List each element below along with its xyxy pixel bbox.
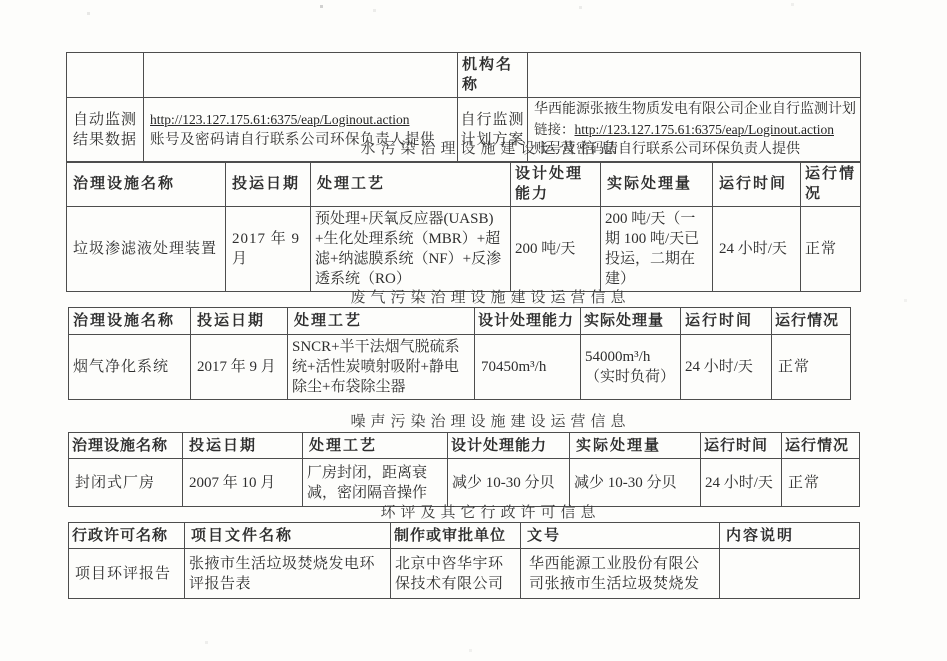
plan-link-prefix: 链接： bbox=[534, 122, 575, 137]
cell-operating-status: 正常 bbox=[772, 335, 851, 400]
header-process: 处理工艺 bbox=[303, 433, 448, 459]
cell-project-file-name: 张掖市生活垃圾焚烧发电环评报告表 bbox=[185, 549, 391, 599]
cell-process: 厂房封闭，距离衰减，密闭隔音操作 bbox=[303, 459, 448, 507]
header-design-capacity: 设计处理能力 bbox=[475, 308, 581, 335]
header-operating-status: 运行情况 bbox=[801, 162, 861, 207]
scan-noise-speckles bbox=[0, 0, 1, 1]
header-design-capacity: 设计处理能力 bbox=[448, 433, 570, 459]
header-facility-name: 治理设施名称 bbox=[67, 162, 226, 207]
header-issuing-authority: 制作或审批单位 bbox=[391, 523, 521, 549]
water-treatment-table: 治理设施名称 投运日期 处理工艺 设计处理能力 实际处理量 运行时间 运行情况 … bbox=[66, 161, 861, 292]
plan-url-link[interactable]: http://123.127.175.61:6375/eap/Loginout.… bbox=[575, 122, 834, 137]
permit-table-caption: 环评及其它行政许可信息 bbox=[66, 504, 860, 522]
header-process: 处理工艺 bbox=[288, 308, 475, 335]
cell-operating-time: 24 小时/天 bbox=[681, 335, 772, 400]
header-operating-status: 运行情况 bbox=[772, 308, 851, 335]
plan-link-line: 链接：http://123.127.175.61:6375/eap/Logino… bbox=[534, 120, 854, 140]
cell-design-capacity: 70450m³/h bbox=[475, 335, 581, 400]
cell-start-date: 2017 年 9 月 bbox=[226, 207, 311, 292]
header-actual-volume: 实际处理量 bbox=[581, 308, 681, 335]
header-operating-time: 运行时间 bbox=[713, 162, 801, 207]
cell-process: 预处理+厌氧反应器(UASB)+生化处理系统（MBR）+超滤+纳滤膜系统（NF）… bbox=[311, 207, 511, 292]
empty-cell bbox=[144, 53, 458, 98]
cell-content-description bbox=[720, 549, 860, 599]
scanned-document-page: 机构名称 自动监测结果数据 http://123.127.175.61:6375… bbox=[0, 0, 947, 661]
water-table-caption: 水污染治理设施建设运营信息 bbox=[66, 140, 860, 158]
org-name-label: 机构名称 bbox=[458, 53, 528, 98]
auto-monitoring-url-link[interactable]: http://123.127.175.61:6375/eap/Loginout.… bbox=[150, 110, 451, 130]
cell-actual-volume: 200 吨/天（一期 100 吨/天已投运，二期在建） bbox=[601, 207, 713, 292]
header-content-description: 内容说明 bbox=[720, 523, 860, 549]
cell-facility-name: 烟气净化系统 bbox=[69, 335, 191, 400]
header-permit-name: 行政许可名称 bbox=[69, 523, 185, 549]
cell-operating-status: 正常 bbox=[782, 459, 860, 507]
header-operating-time: 运行时间 bbox=[701, 433, 782, 459]
cell-document-number: 华西能源工业股份有限公司张掖市生活垃圾焚烧发 bbox=[521, 549, 720, 599]
header-actual-volume: 实际处理量 bbox=[601, 162, 713, 207]
cell-design-capacity: 减少 10-30 分贝 bbox=[448, 459, 570, 507]
cell-issuing-authority: 北京中咨华宇环保技术有限公司 bbox=[391, 549, 521, 599]
cell-start-date: 2017 年 9 月 bbox=[191, 335, 288, 400]
noise-treatment-table: 治理设施名称 投运日期 处理工艺 设计处理能力 实际处理量 运行时间 运行情况 … bbox=[68, 432, 860, 507]
header-start-date: 投运日期 bbox=[183, 433, 303, 459]
org-name-value bbox=[528, 53, 861, 98]
header-document-number: 文号 bbox=[521, 523, 720, 549]
cell-facility-name: 封闭式厂房 bbox=[69, 459, 183, 507]
permit-table: 行政许可名称 项目文件名称 制作或审批单位 文号 内容说明 项目环评报告 张掖市… bbox=[68, 522, 860, 599]
plan-company-line: 华西能源张掖生物质发电有限公司企业自行监测计划 bbox=[534, 100, 854, 120]
header-project-file-name: 项目文件名称 bbox=[185, 523, 391, 549]
gas-table-caption: 废气污染治理设施建设运营信息 bbox=[66, 289, 860, 307]
cell-operating-time: 24 小时/天 bbox=[713, 207, 801, 292]
cell-operating-status: 正常 bbox=[801, 207, 861, 292]
header-operating-time: 运行时间 bbox=[681, 308, 772, 335]
gas-treatment-table: 治理设施名称 投运日期 处理工艺 设计处理能力 实际处理量 运行时间 运行情况 … bbox=[68, 307, 851, 400]
header-start-date: 投运日期 bbox=[191, 308, 288, 335]
header-design-capacity: 设计处理能力 bbox=[511, 162, 601, 207]
cell-start-date: 2007 年 10 月 bbox=[183, 459, 303, 507]
header-facility-name: 治理设施名称 bbox=[69, 433, 183, 459]
empty-cell bbox=[67, 53, 144, 98]
cell-permit-name: 项目环评报告 bbox=[69, 549, 185, 599]
header-process: 处理工艺 bbox=[311, 162, 511, 207]
header-start-date: 投运日期 bbox=[226, 162, 311, 207]
cell-facility-name: 垃圾渗滤液处理装置 bbox=[67, 207, 226, 292]
header-operating-status: 运行情况 bbox=[782, 433, 860, 459]
cell-actual-volume: 54000m³/h（实时负荷） bbox=[581, 335, 681, 400]
header-facility-name: 治理设施名称 bbox=[69, 308, 191, 335]
noise-table-caption: 噪声污染治理设施建设运营信息 bbox=[66, 413, 860, 431]
cell-actual-volume: 减少 10-30 分贝 bbox=[570, 459, 701, 507]
cell-design-capacity: 200 吨/天 bbox=[511, 207, 601, 292]
cell-operating-time: 24 小时/天 bbox=[701, 459, 782, 507]
cell-process: SNCR+半干法烟气脱硫系统+活性炭喷射吸附+静电除尘+布袋除尘器 bbox=[288, 335, 475, 400]
header-actual-volume: 实际处理量 bbox=[570, 433, 701, 459]
